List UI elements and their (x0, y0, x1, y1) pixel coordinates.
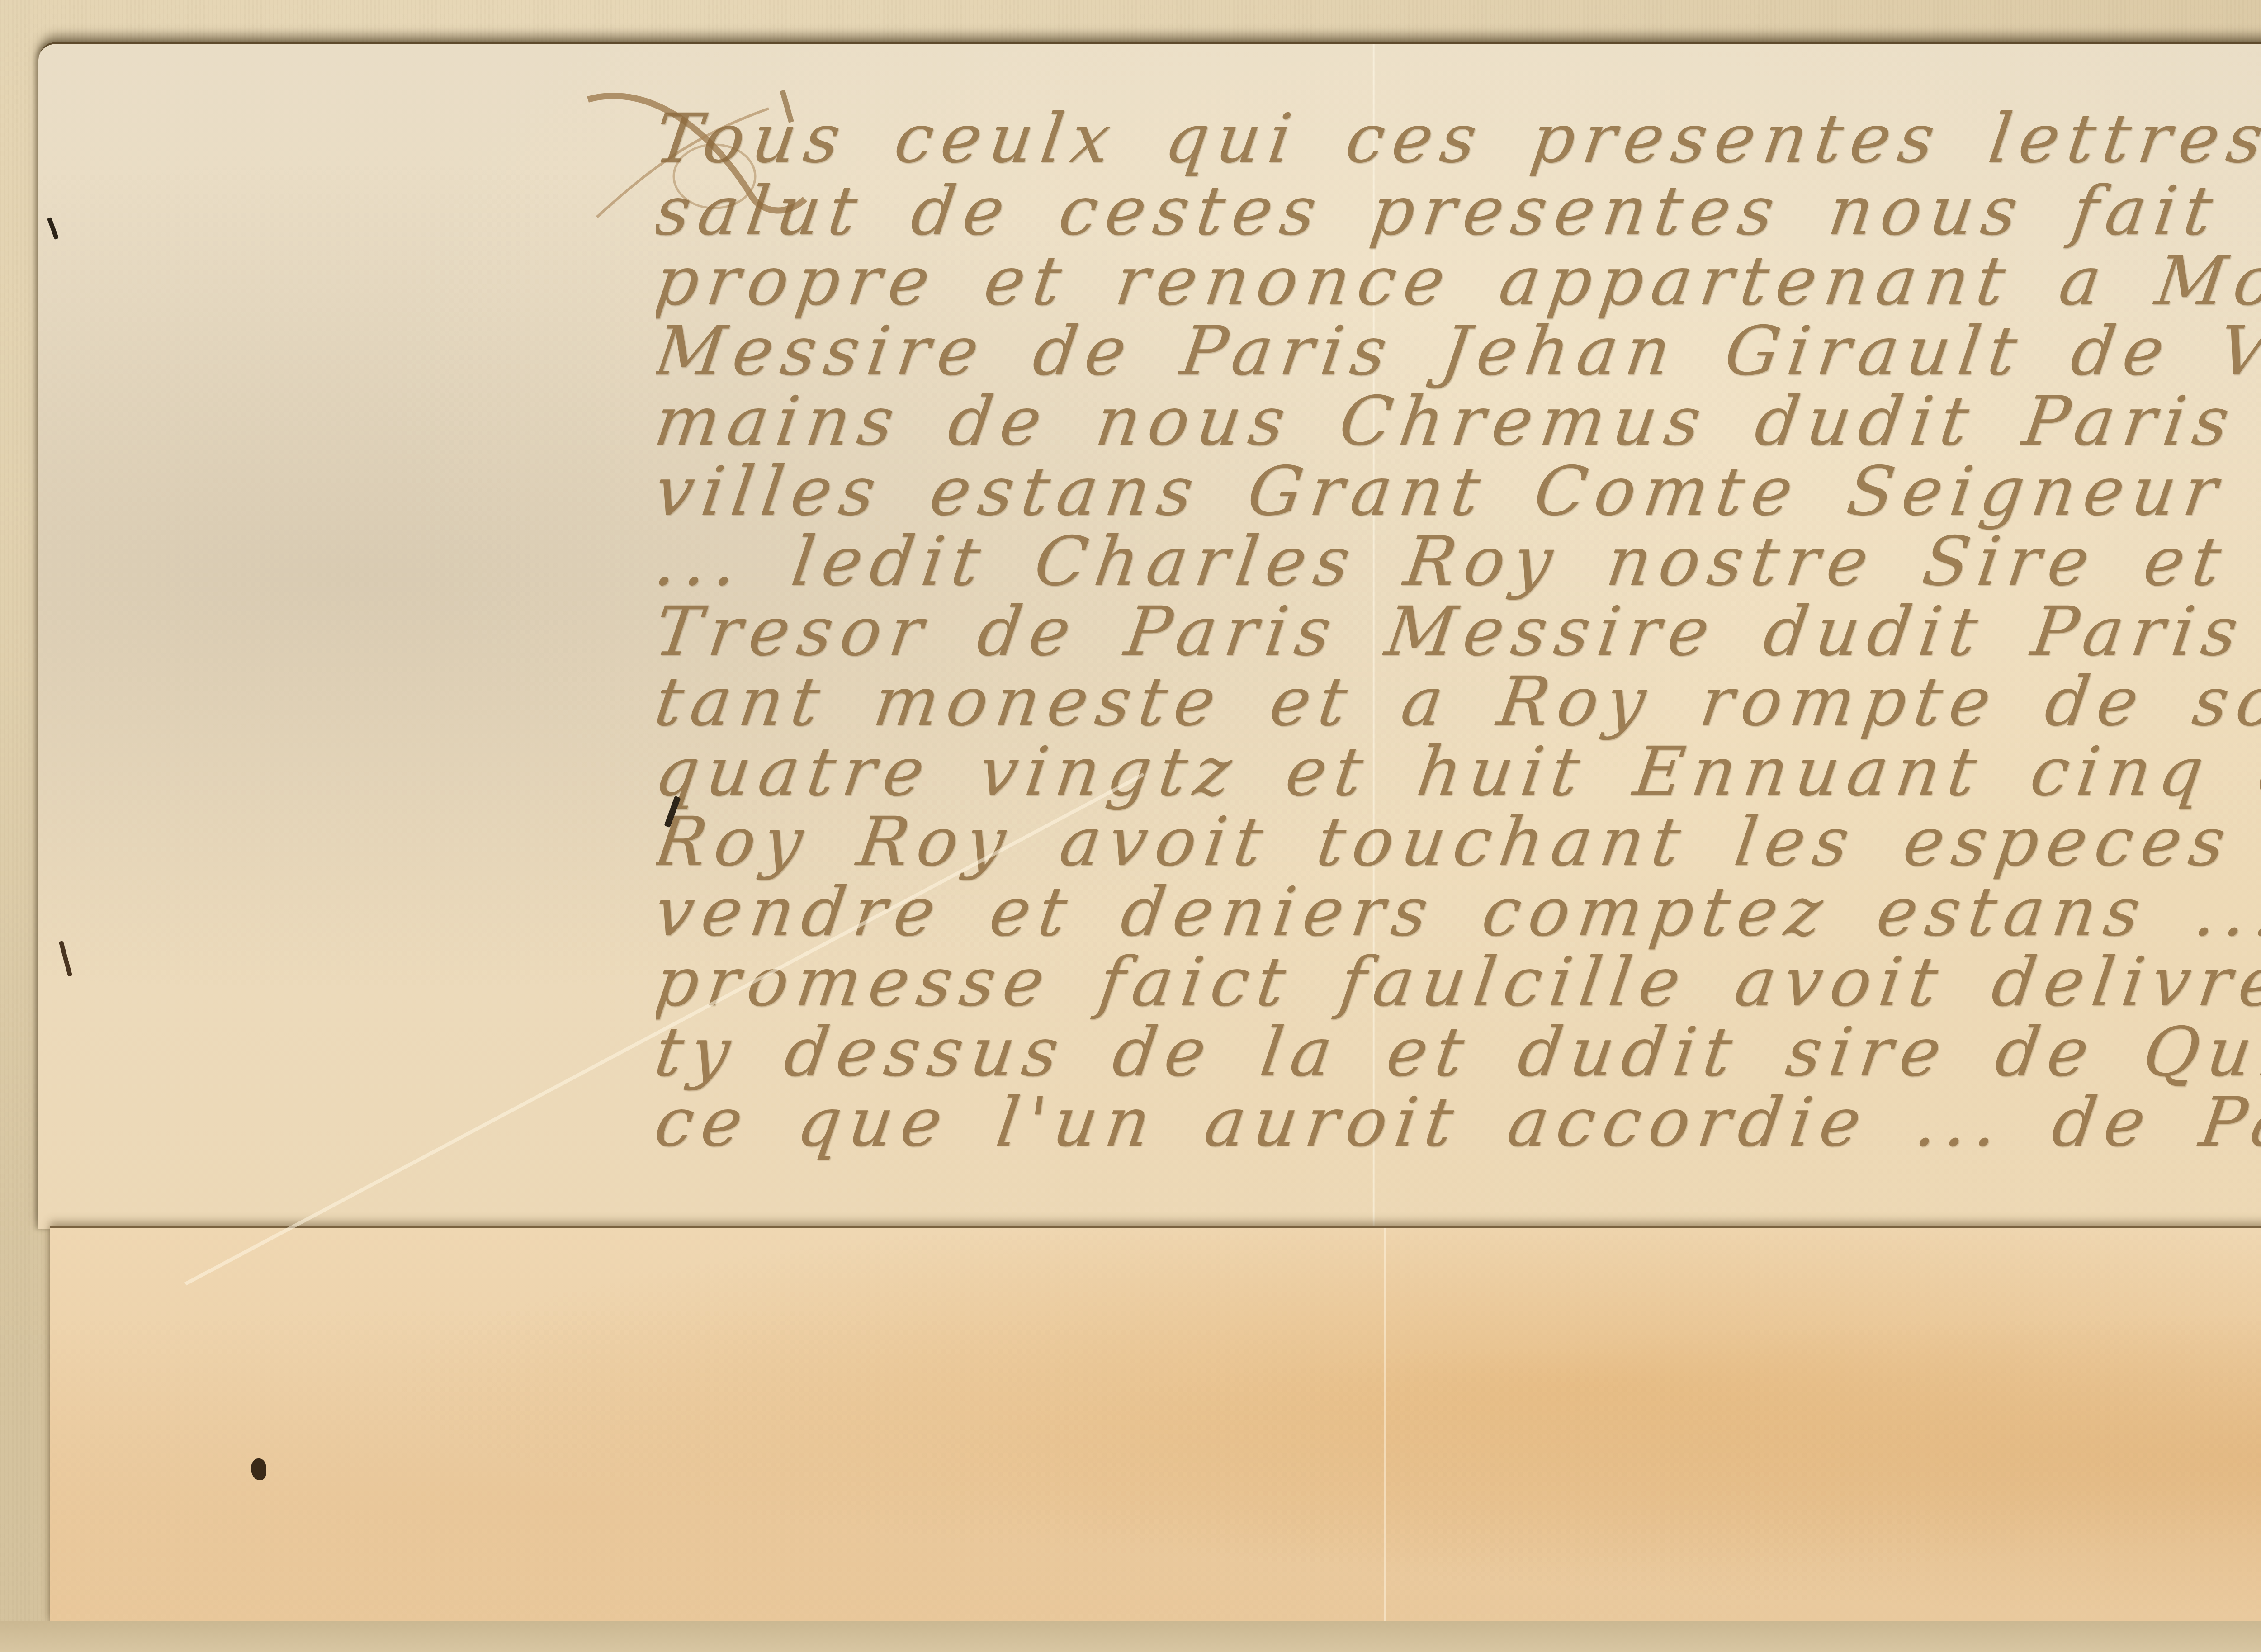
manuscript-line: villes estans Grant Comte Seigneur de ce… (656, 452, 2261, 531)
manuscript-line: tant moneste et a Roy rompte de son hend… (656, 663, 2261, 741)
manuscript-line: ce que l'un auroit accordie ... de Paris… (656, 1083, 2261, 1162)
manuscript-line: salut de cestes presentes nous fait comp… (656, 172, 2261, 251)
manuscript-line: ty dessus de la et dudit sire de Quinsey… (656, 1013, 2261, 1092)
manuscript-line: Messire de Paris Jehan Girault de Voule … (656, 312, 2261, 391)
puncture-hole (251, 1458, 266, 1480)
manuscript-line: quatre vingtz et huit Ennuant cinq cens (656, 733, 2261, 811)
manuscript-line: propre et renonce appartenant a Monsr de… (656, 242, 2261, 321)
manuscript-line: ... ledit Charles Roy nostre Sire et son… (656, 522, 2261, 601)
manuscript-line: Tous ceulx qui ces presentes lettres ver… (656, 99, 2261, 178)
mount-bottom-edge (0, 1621, 2261, 1652)
folded-turnup-plica (50, 1226, 2261, 1624)
manuscript-line: Roy Roy avoit touchant les especes et qu… (656, 803, 2261, 881)
manuscript-line: vendre et deniers comptez estans ... et … (656, 873, 2261, 951)
manuscript-line: Tresor de Paris Messire dudit Paris lequ… (656, 592, 2261, 671)
manuscript-line: promesse faict faulcille avoit delivre (656, 943, 2261, 1022)
manuscript-line: mains de nous Chremus dudit Paris sur le… (656, 382, 2261, 461)
vertical-fold-line (1384, 1228, 1386, 1622)
manuscript-text-block: Tous ceulx qui ces presentes lettres ver… (656, 81, 2261, 1176)
